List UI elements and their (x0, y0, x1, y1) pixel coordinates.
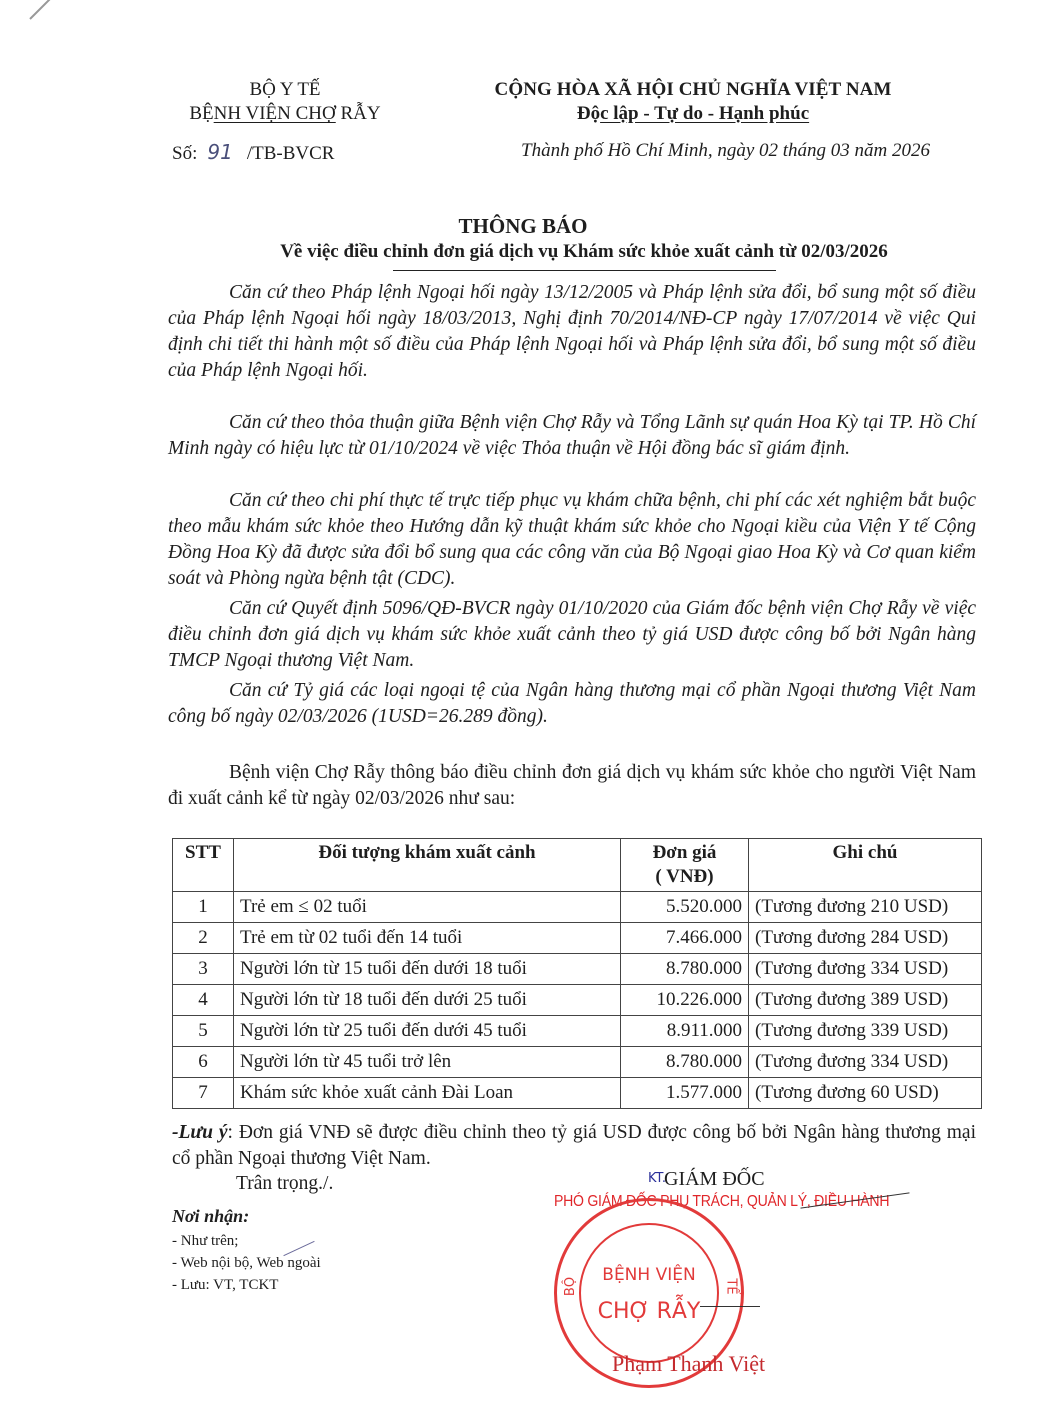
cell-price: 1.577.000 (621, 1078, 749, 1109)
cell-note: (Tương đương 210 USD) (749, 892, 982, 923)
legal-basis-paragraph: Căn cứ theo Pháp lệnh Ngoại hối ngày 13/… (168, 280, 976, 384)
header-object: Đối tượng khám xuất cảnh (234, 839, 621, 892)
cell-price: 7.466.000 (621, 923, 749, 954)
cell-price: 5.520.000 (621, 892, 749, 923)
title-divider (393, 270, 776, 271)
seal-inner-ring: BỆNH VIỆN CHỢ RẪY (579, 1223, 719, 1363)
table-row: 2Trẻ em từ 02 tuổi đến 14 tuổi7.466.000(… (173, 923, 982, 954)
cell-price: 8.780.000 (621, 1047, 749, 1078)
seal-side-right: TẾ (723, 1278, 738, 1294)
cell-stt: 5 (173, 1016, 234, 1047)
document-number: Số:91/TB-BVCR (172, 140, 334, 165)
table-row: 7Khám sức khỏe xuất cảnh Đài Loan1.577.0… (173, 1078, 982, 1109)
cell-object: Người lớn từ 15 tuổi đến dưới 18 tuổi (234, 954, 621, 985)
hospital-name: BỆNH VIỆN CHỢ RẪY (160, 102, 410, 126)
cell-stt: 6 (173, 1047, 234, 1078)
national-header: CỘNG HÒA XÃ HỘI CHỦ NGHĨA VIỆT NAM Độc l… (438, 78, 948, 126)
cell-stt: 2 (173, 923, 234, 954)
table-row: 1Trẻ em ≤ 02 tuổi5.520.000(Tương đương 2… (173, 892, 982, 923)
cell-object: Người lớn từ 25 tuổi đến dưới 45 tuổi (234, 1016, 621, 1047)
header-note: Ghi chú (749, 839, 982, 892)
cell-note: (Tương đương 60 USD) (749, 1078, 982, 1109)
signatory-name: Phạm Thanh Việt (612, 1351, 765, 1377)
document-title: THÔNG BÁO (0, 214, 1046, 239)
place-and-date: Thành phố Hồ Chí Minh, ngày 02 tháng 03 … (521, 140, 930, 162)
cell-note: (Tương đương 339 USD) (749, 1016, 982, 1047)
document-subtitle: Về việc điều chỉnh đơn giá dịch vụ Khám … (204, 241, 964, 263)
fee-table: STT Đối tượng khám xuất cảnh Đơn giá( VN… (172, 838, 982, 1109)
legal-basis-paragraph: Căn cứ theo thỏa thuận giữa Bệnh viện Ch… (168, 410, 976, 462)
cell-stt: 4 (173, 985, 234, 1016)
announcement-intro: Bệnh viện Chợ Rẫy thông báo điều chỉnh đ… (168, 760, 976, 812)
table-header-row: STT Đối tượng khám xuất cảnh Đơn giá( VN… (173, 839, 982, 892)
seal-side-left: BỘ (563, 1277, 578, 1296)
cell-price: 8.911.000 (621, 1016, 749, 1047)
recipients-title: Nơi nhận: (172, 1206, 249, 1227)
scan-mark (29, 0, 52, 20)
table-row: 3Người lớn từ 15 tuổi đến dưới 18 tuổi8.… (173, 954, 982, 985)
seal-line-2: CHỢ RẪY (581, 1299, 717, 1324)
cell-object: Người lớn từ 45 tuổi trở lên (234, 1047, 621, 1078)
closing-regards: Trân trọng./. (236, 1173, 333, 1195)
legal-basis-paragraph: Căn cứ theo chi phí thực tế trực tiếp ph… (168, 488, 976, 592)
cell-stt: 1 (173, 892, 234, 923)
cell-note: (Tương đương 389 USD) (749, 985, 982, 1016)
cell-object: Người lớn từ 18 tuổi đến dưới 25 tuổi (234, 985, 621, 1016)
legal-basis-paragraph: Căn cứ Tỷ giá các loại ngoại tệ của Ngân… (168, 678, 976, 730)
table-row: 6Người lớn từ 45 tuổi trở lên8.780.000(T… (173, 1047, 982, 1078)
nation-name: CỘNG HÒA XÃ HỘI CHỦ NGHĨA VIỆT NAM (438, 78, 948, 102)
legal-basis-paragraph: Căn cứ Quyết định 5096/QĐ-BVCR ngày 01/1… (168, 596, 976, 674)
handwritten-number: 91 (207, 140, 232, 164)
cell-object: Trẻ em từ 02 tuổi đến 14 tuổi (234, 923, 621, 954)
cell-note: (Tương đương 284 USD) (749, 923, 982, 954)
cell-price: 8.780.000 (621, 954, 749, 985)
recipient-item: - Web nội bộ, Web ngoài (172, 1252, 321, 1274)
signatory-title: GIÁM ĐỐC (664, 1168, 765, 1191)
national-motto: Độc lập - Tự do - Hạnh phúc (438, 102, 948, 126)
cell-stt: 7 (173, 1078, 234, 1109)
cell-stt: 3 (173, 954, 234, 985)
cell-object: Trẻ em ≤ 02 tuổi (234, 892, 621, 923)
seal-line-1: BỆNH VIỆN (581, 1265, 717, 1285)
cell-note: (Tương đương 334 USD) (749, 954, 982, 985)
recipient-item: - Lưu: VT, TCKT (172, 1274, 321, 1296)
header-price: Đơn giá( VNĐ) (621, 839, 749, 892)
price-note: -Lưu ý: Đơn giá VNĐ sẽ được điều chỉnh t… (172, 1120, 976, 1172)
table-row: 5Người lớn từ 25 tuổi đến dưới 45 tuổi8.… (173, 1016, 982, 1047)
ministry-name: BỘ Y TẾ (160, 78, 410, 102)
signature-stroke (700, 1306, 760, 1307)
header-stt: STT (173, 839, 234, 892)
table-row: 4Người lớn từ 18 tuổi đến dưới 25 tuổi10… (173, 985, 982, 1016)
recipients-list: - Như trên; - Web nội bộ, Web ngoài - Lư… (172, 1230, 321, 1296)
issuing-agency: BỘ Y TẾ BỆNH VIỆN CHỢ RẪY (160, 78, 410, 126)
cell-object: Khám sức khỏe xuất cảnh Đài Loan (234, 1078, 621, 1109)
cell-note: (Tương đương 334 USD) (749, 1047, 982, 1078)
cell-price: 10.226.000 (621, 985, 749, 1016)
